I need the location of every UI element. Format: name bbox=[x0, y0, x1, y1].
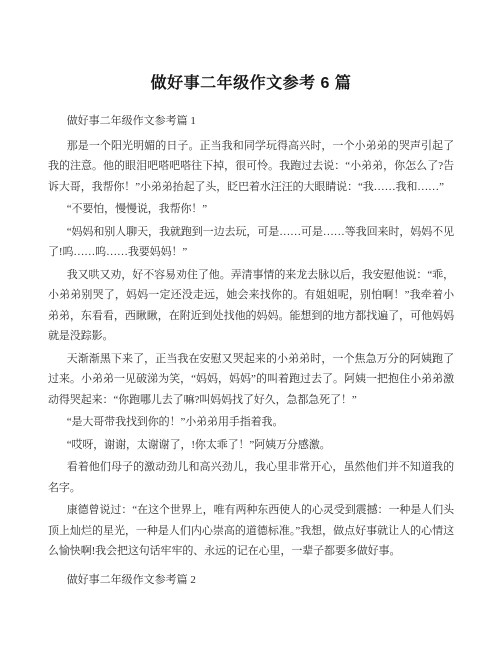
essay-paragraph: “妈妈和别人聊天，我就跑到一边去玩，可是……可是……等我回来时，妈妈不见了!呜…… bbox=[48, 222, 454, 263]
essay-paragraph: 看着他们母子的激动劲儿和高兴劲儿，我心里非常开心，虽然他们并不知道我的名字。 bbox=[48, 457, 454, 498]
essay-paragraph: “不要怕，慢慢说，我帮你！” bbox=[48, 199, 454, 220]
essay-paragraph: 那是一个阳光明媚的日子。正当我和同学玩得高兴时，一个小弟弟的哭声引起了我的注意。… bbox=[48, 136, 454, 198]
essay-paragraph: “是大哥带我找到你的！”小弟弟用手指着我。 bbox=[48, 412, 454, 433]
essay-paragraph: “哎呀，谢谢，太谢谢了，!你太乖了！”阿姨万分感激。 bbox=[48, 435, 454, 456]
section-heading-2: 做好事二年级作文参考篇 2 bbox=[48, 570, 454, 591]
document-page: 做好事二年级作文参考 6 篇 做好事二年级作文参考篇 1 那是一个阳光明媚的日子… bbox=[0, 0, 500, 647]
essay-paragraph: 我又哄又劝，好不容易劝住了他。弄清事情的来龙去脉以后，我安慰他说：“乖，小弟弟别… bbox=[48, 265, 454, 347]
essay-paragraph: 天渐渐黑下来了，正当我在安慰又哭起来的小弟弟时，一个焦急万分的阿姨跑了过来。小弟… bbox=[48, 349, 454, 411]
document-title: 做好事二年级作文参考 6 篇 bbox=[48, 72, 454, 96]
essay-paragraph: 康德曾说过：“在这个世界上，唯有两种东西使人的心灵受到震撼：一种是人们头顶上灿烂… bbox=[48, 500, 454, 562]
section-heading-1: 做好事二年级作文参考篇 1 bbox=[48, 111, 454, 132]
